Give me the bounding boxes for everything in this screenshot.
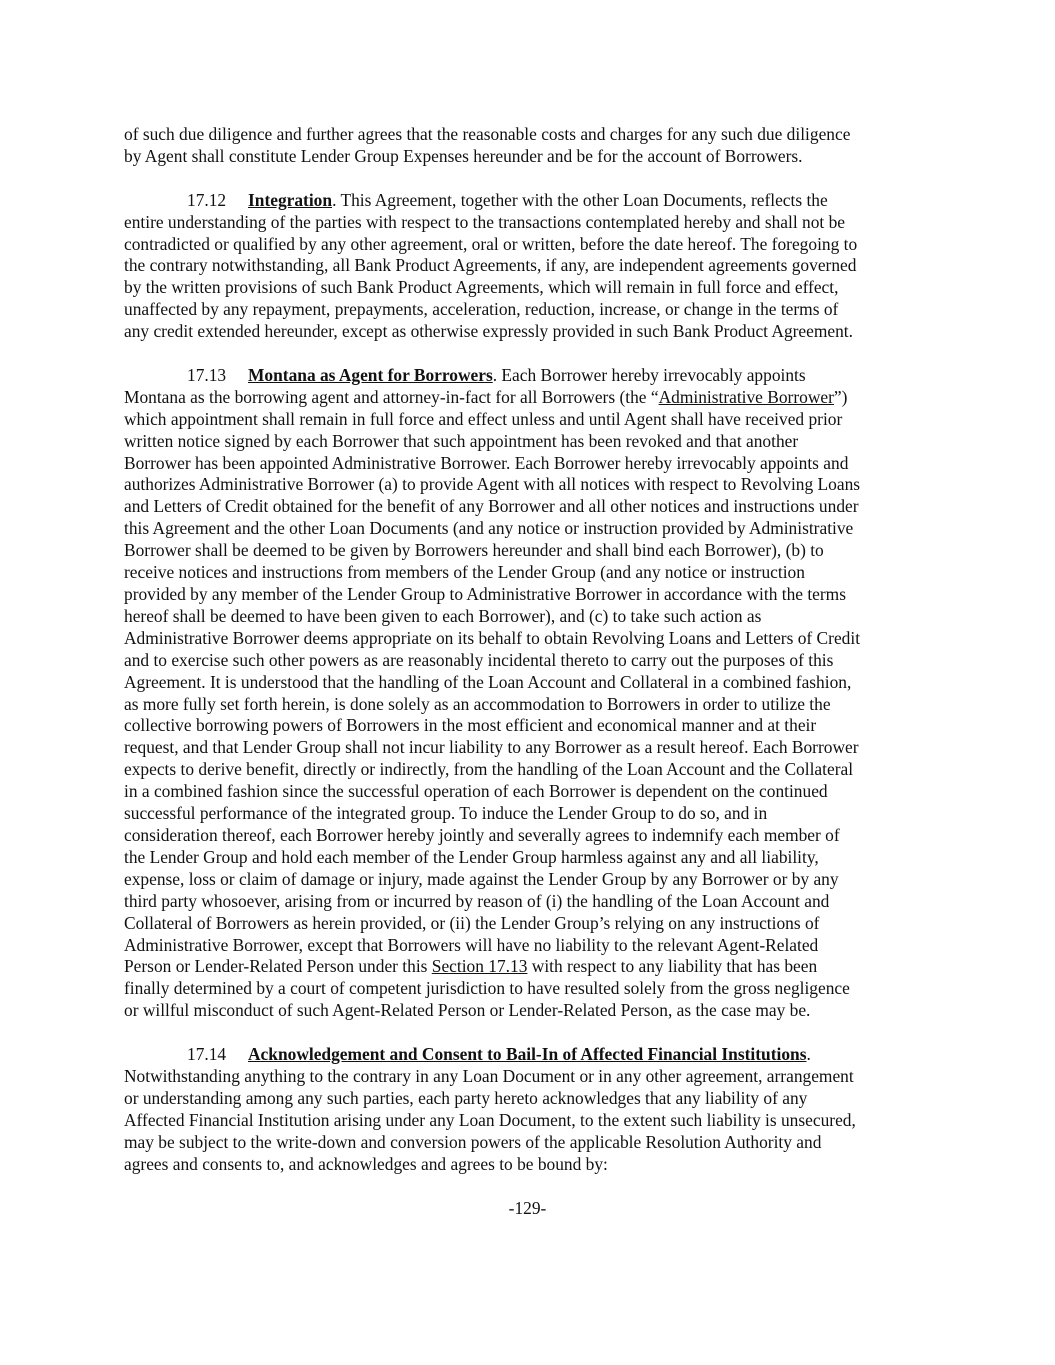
text-line: finally determined by a court of compete… <box>124 978 934 1000</box>
section-first-line: 17.13Montana as Agent for Borrowers. Eac… <box>124 365 934 387</box>
section-reference-link[interactable]: Section 17.13 <box>432 956 528 976</box>
section-17-14: 17.14Acknowledgement and Consent to Bail… <box>124 1044 934 1175</box>
text-line: collective borrowing powers of Borrowers… <box>124 715 934 737</box>
text-line: successful performance of the integrated… <box>124 803 934 825</box>
section-number: 17.13 <box>124 365 248 387</box>
text-line: this Agreement and the other Loan Docume… <box>124 518 934 540</box>
text-line: which appointment shall remain in full f… <box>124 409 934 431</box>
text-line: expects to derive benefit, directly or i… <box>124 759 934 781</box>
text-line: Borrower has been appointed Administrati… <box>124 453 934 475</box>
text-line: as more fully set forth herein, is done … <box>124 694 934 716</box>
text-line: or understanding among any such parties,… <box>124 1088 934 1110</box>
page-number: -129- <box>0 1198 1055 1219</box>
text-line: in a combined fashion since the successf… <box>124 781 934 803</box>
text-line: and Letters of Credit obtained for the b… <box>124 496 934 518</box>
section-first-line: 17.12Integration. This Agreement, togeth… <box>124 190 934 212</box>
section-number: 17.14 <box>124 1044 248 1066</box>
text-line: hereof shall be deemed to have been give… <box>124 606 934 628</box>
text-line: unaffected by any repayment, prepayments… <box>124 299 934 321</box>
text-line: or willful misconduct of such Agent-Rela… <box>124 1000 934 1022</box>
text-line: contradicted or qualified by any other a… <box>124 234 934 256</box>
text-line: the contrary notwithstanding, all Bank P… <box>124 255 934 277</box>
text-line: authorizes Administrative Borrower (a) t… <box>124 474 934 496</box>
text-line: any credit extended hereunder, except as… <box>124 321 934 343</box>
text-line: Administrative Borrower deems appropriat… <box>124 628 934 650</box>
text-line: of such due diligence and further agrees… <box>124 124 934 146</box>
section-number: 17.12 <box>124 190 248 212</box>
text-line: by the written provisions of such Bank P… <box>124 277 934 299</box>
text-line: expense, loss or claim of damage or inju… <box>124 869 934 891</box>
text-line: and to exercise such other powers as are… <box>124 650 934 672</box>
text-line: Person or Lender-Related Person under th… <box>124 956 934 978</box>
section-heading: Montana as Agent for Borrowers <box>248 365 493 385</box>
text-run: . This Agreement, together with the othe… <box>332 190 828 210</box>
section-17-13: 17.13Montana as Agent for Borrowers. Eac… <box>124 365 934 1022</box>
text-line: Montana as the borrowing agent and attor… <box>124 387 934 409</box>
text-line: consideration thereof, each Borrower her… <box>124 825 934 847</box>
text-line: written notice signed by each Borrower t… <box>124 431 934 453</box>
section-first-line: 17.14Acknowledgement and Consent to Bail… <box>124 1044 934 1066</box>
text-line: entire understanding of the parties with… <box>124 212 934 234</box>
text-line: Agreement. It is understood that the han… <box>124 672 934 694</box>
text-line: provided by any member of the Lender Gro… <box>124 584 934 606</box>
text-run: . <box>806 1044 810 1064</box>
section-heading: Acknowledgement and Consent to Bail-In o… <box>248 1044 806 1064</box>
text-run: . Each Borrower hereby irrevocably appoi… <box>493 365 806 385</box>
text-run: with respect to any liability that has b… <box>527 956 817 976</box>
text-line: third party whosoever, arising from or i… <box>124 891 934 913</box>
text-line: agrees and consents to, and acknowledges… <box>124 1154 934 1176</box>
text-line: may be subject to the write-down and con… <box>124 1132 934 1154</box>
defined-term: Administrative Borrower <box>659 387 834 407</box>
text-line: Borrower shall be deemed to be given by … <box>124 540 934 562</box>
text-run: Person or Lender-Related Person under th… <box>124 956 432 976</box>
text-line: Collateral of Borrowers as herein provid… <box>124 913 934 935</box>
section-heading: Integration <box>248 190 332 210</box>
text-line: receive notices and instructions from me… <box>124 562 934 584</box>
text-line: Administrative Borrower, except that Bor… <box>124 935 934 957</box>
text-line: request, and that Lender Group shall not… <box>124 737 934 759</box>
text-line: Notwithstanding anything to the contrary… <box>124 1066 934 1088</box>
text-run: ”) <box>834 387 848 407</box>
text-run: Montana as the borrowing agent and attor… <box>124 387 659 407</box>
continuation-paragraph: of such due diligence and further agrees… <box>124 124 934 168</box>
text-line: Affected Financial Institution arising u… <box>124 1110 934 1132</box>
text-line: the Lender Group and hold each member of… <box>124 847 934 869</box>
document-page: of such due diligence and further agrees… <box>124 124 934 1197</box>
section-17-12: 17.12Integration. This Agreement, togeth… <box>124 190 934 343</box>
text-line: by Agent shall constitute Lender Group E… <box>124 146 934 168</box>
